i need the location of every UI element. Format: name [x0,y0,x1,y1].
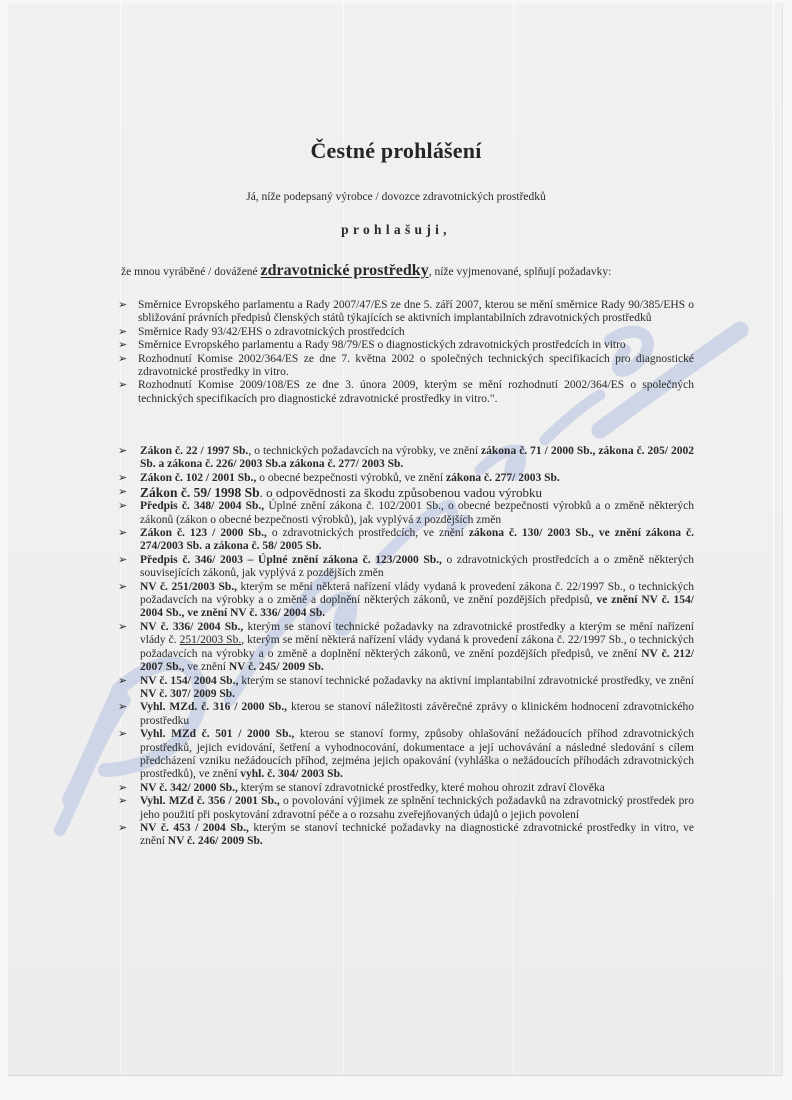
underlined-reference: 251/2003 Sb. [180,634,242,646]
law-reference: Vyhl. MZd č. 501 / 2000 Sb., [140,728,294,740]
list-item: ➢Směrnice Evropského parlamentu a Rady 9… [118,339,694,352]
list-item-text: Směrnice Evropského parlamentu a Rady 98… [138,339,626,351]
arrow-bullet-icon: ➢ [118,299,127,312]
arrow-bullet-icon: ➢ [118,701,127,714]
law-reference: Zákon č. 123 / 2000 Sb., [140,527,267,539]
list-item-text: kterým se stanoví technické požadavky na… [238,675,694,687]
law-amendment: NV č. 245/ 2009 Sb. [229,661,324,673]
arrow-bullet-icon: ➢ [118,379,127,392]
arrow-bullet-icon: ➢ [118,472,127,485]
list-item: ➢Předpis č. 348/ 2004 Sb., Úplné znění z… [118,500,694,527]
arrow-bullet-icon: ➢ [118,822,127,835]
law-reference: NV č. 342/ 2000 Sb., [140,782,238,794]
list-item: ➢Vyhl. MZd č. 501 / 2000 Sb., kterou se … [118,728,694,782]
list-item-text: o obecné bezpečnosti výrobků, ve znění [256,472,446,484]
arrow-bullet-icon: ➢ [118,795,127,808]
statement-suffix: , níže vyjmenované, splňují požadavky: [429,266,612,278]
list-item: ➢NV č. 342/ 2000 Sb., kterým se stanoví … [118,782,694,795]
law-reference: Předpis č. 346/ 2003 – Úplné znění zákon… [140,554,442,566]
arrow-bullet-icon: ➢ [118,554,127,567]
list-item-text: ve znění [184,661,228,673]
arrow-bullet-icon: ➢ [118,527,127,540]
law-reference: NV č. 251/2003 Sb., [140,581,237,593]
list-item-text: Rozhodnutí Komise 2009/108/ES ze dne 3. … [138,379,694,404]
list-item-text: Směrnice Rady 93/42/EHS o zdravotnických… [138,326,405,338]
law-amendment: vyhl. č. 304/ 2003 Sb. [240,768,343,780]
list-item: ➢Směrnice Evropského parlamentu a Rady 2… [118,299,694,326]
list-item-text: o zdravotnických prostředcích, ve znění [267,527,469,539]
law-reference: NV č. 336/ 2004 Sb., [140,621,243,633]
law-reference: Předpis č. 348/ 2004 Sb., [140,500,264,512]
law-amendment: NV č. 307/ 2009 Sb. [140,688,235,700]
law-reference: Zákon č. 59/ 1998 Sb [140,485,260,500]
list-item-text: , o technických požadavcích na výrobky, … [248,445,481,457]
list-item: ➢Zákon č. 22 / 1997 Sb., o technických p… [118,445,694,472]
list-item: ➢Směrnice Rady 93/42/EHS o zdravotnickýc… [118,326,694,339]
arrow-bullet-icon: ➢ [118,326,127,339]
arrow-bullet-icon: ➢ [118,728,127,741]
declaration-heading: prohlašuji, [0,222,792,238]
law-reference: Vyhl. MZd č. 356 / 2001 Sb., [140,795,280,807]
czech-laws-list: ➢Zákon č. 22 / 1997 Sb., o technických p… [118,445,694,849]
list-item: ➢Vyhl. MZd č. 356 / 2001 Sb., o povolová… [118,795,694,822]
law-reference: NV č. 154/ 2004 Sb., [140,675,238,687]
list-item: ➢NV č. 154/ 2004 Sb., kterým se stanoví … [118,675,694,702]
list-item-text: Rozhodnutí Komise 2002/364/ES ze dne 7. … [138,353,694,378]
intro-text: Já, níže podepsaný výrobce / dovozce zdr… [0,191,792,203]
arrow-bullet-icon: ➢ [118,485,127,500]
statement-text: že mnou vyráběné / dovážené zdravotnické… [121,262,721,280]
list-item: ➢NV č. 251/2003 Sb., kterým se mění někt… [118,581,694,621]
statement-emphasis: zdravotnické prostředky [261,262,429,279]
law-reference: Zákon č. 22 / 1997 Sb. [140,445,248,457]
law-amendment: NV č. 246/ 2009 Sb. [168,835,263,847]
list-item: ➢Předpis č. 346/ 2003 – Úplné znění záko… [118,554,694,581]
eu-directives-list: ➢Směrnice Evropského parlamentu a Rady 2… [118,299,694,406]
law-reference: Zákon č. 102 / 2001 Sb., [140,472,256,484]
list-item: ➢NV č. 453 / 2004 Sb., kterým se stanoví… [118,822,694,849]
statement-prefix: že mnou vyráběné / dovážené [121,266,261,278]
list-item: ➢Rozhodnutí Komise 2009/108/ES ze dne 3.… [118,379,694,406]
arrow-bullet-icon: ➢ [118,581,127,594]
list-item-text: kterým se stanoví zdravotnické prostředk… [238,782,605,794]
law-amendment: zákona č. 277/ 2003 Sb. [446,472,560,484]
list-item: ➢Rozhodnutí Komise 2002/364/ES ze dne 7.… [118,353,694,380]
arrow-bullet-icon: ➢ [118,782,127,795]
list-item: ➢Zákon č. 59/ 1998 Sb. o odpovědnosti za… [118,485,694,500]
list-item-text: . o odpovědnosti za škodu způsobenou vad… [260,485,542,500]
list-item-text: Směrnice Evropského parlamentu a Rady 20… [138,299,694,324]
law-reference: Vyhl. MZd. č. 316 / 2000 Sb., [140,701,287,713]
arrow-bullet-icon: ➢ [118,621,127,634]
list-item: ➢Zákon č. 102 / 2001 Sb., o obecné bezpe… [118,472,694,485]
list-item: ➢NV č. 336/ 2004 Sb., kterým se stanoví … [118,621,694,675]
list-item: ➢Vyhl. MZd. č. 316 / 2000 Sb., kterou se… [118,701,694,728]
arrow-bullet-icon: ➢ [118,353,127,366]
law-reference: NV č. 453 / 2004 Sb., [140,822,249,834]
arrow-bullet-icon: ➢ [118,445,127,458]
arrow-bullet-icon: ➢ [118,675,127,688]
arrow-bullet-icon: ➢ [118,500,127,513]
list-item: ➢Zákon č. 123 / 2000 Sb., o zdravotnický… [118,527,694,554]
page-title: Čestné prohlášení [0,138,792,164]
arrow-bullet-icon: ➢ [118,339,127,352]
